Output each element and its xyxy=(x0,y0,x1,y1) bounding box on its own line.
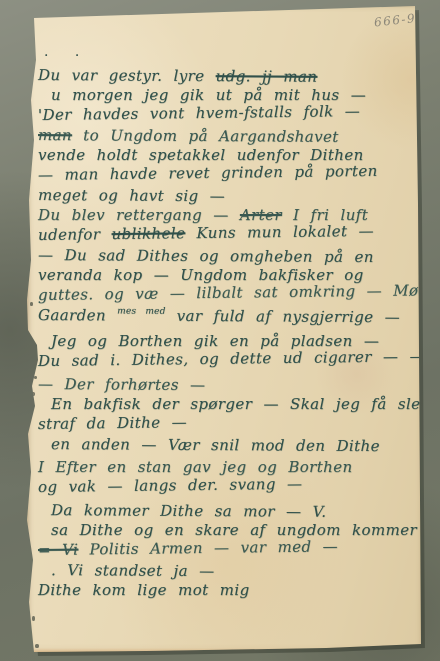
torn-edge-speck xyxy=(28,552,32,558)
handwriting-line: udenfor ublikhele Kuns mun lokalet — xyxy=(38,223,414,242)
torn-edge-speck xyxy=(35,644,39,648)
handwriting-line: man to Ungdom på Aargandshavet xyxy=(38,128,414,144)
handwriting-line: = Vi Politis Armen — var med — xyxy=(38,538,414,557)
handwriting-line: veranda kop — Ungdom bakfisker og xyxy=(38,268,414,282)
handwriting-line: og vak — langs der. svang — xyxy=(38,475,414,494)
handwriting-line: straf da Dithe — xyxy=(38,412,414,431)
struck-text: Arter xyxy=(240,206,282,224)
handwriting-block: · · Du var gestyr. lyre udg. jj manu mor… xyxy=(38,50,414,603)
handwriting-text: to Ungdom på Aargandshavet xyxy=(72,126,339,146)
handwriting-text: Politis Armen — var med — xyxy=(78,537,338,558)
handwriting-line: I Efter en stan gav jeg og Borthen xyxy=(38,460,414,474)
handwriting-line: Du sad i. Dithes, og dette ud cigarer — … xyxy=(38,349,414,368)
torn-edge-speck xyxy=(34,376,37,379)
struck-text: udg. jj man xyxy=(216,67,318,86)
handwriting-text: var fuld af nysgjerrige — xyxy=(165,307,400,326)
handwriting-line: meget og havt sig — xyxy=(38,188,414,204)
handwriting-line: en anden — Vær snil mod den Dithe xyxy=(38,437,414,453)
handwriting-text: En bakfisk der spørger — Skal jeg få sle… xyxy=(51,395,435,413)
handwriting-text: Du sad i. Dithes, og dette ud cigarer — … xyxy=(38,347,425,370)
handwriting-line: — Der forhørtes — xyxy=(38,377,414,393)
handwriting-line: vende holdt spetakkel udenfor Dithen xyxy=(38,148,414,162)
handwriting-line: — man havde revet grinden på porten xyxy=(38,163,414,182)
handwriting-text: straf da Dithe — xyxy=(38,413,187,433)
handwriting-line: guttes. og væ — lilbalt sat omkring — Mø… xyxy=(38,283,414,302)
handwriting-text: Du blev rettergang — xyxy=(38,206,240,224)
handwriting-line: 'Der havdes vont hvem-fstalls folk — xyxy=(38,103,414,122)
handwriting-text: og vak — langs der. svang — xyxy=(38,475,303,496)
handwriting-line: Du var gestyr. lyre udg. jj man xyxy=(38,68,414,84)
handwriting-text: Dithe kom lige mot mig xyxy=(38,581,250,599)
opening-dots: · · xyxy=(38,50,414,62)
handwriting-text: Gaarden xyxy=(38,306,117,324)
handwriting-text: sa Dithe og en skare af ungdom kommer xyxy=(51,521,417,539)
handwriting-text: vende holdt spetakkel udenfor Dithen xyxy=(38,146,364,164)
handwriting-line: — Du sad Dithes og omgheben på en xyxy=(38,248,414,264)
handwriting-line: u morgen jeg gik ut på mit hus — xyxy=(38,88,414,102)
struck-text: man xyxy=(38,126,72,144)
handwriting-line: Da kommer Dithe sa mor — V. xyxy=(38,503,414,519)
manuscript-page: 666-9. · · Du var gestyr. lyre udg. jj m… xyxy=(26,4,424,656)
handwriting-text: Du var gestyr. lyre xyxy=(38,66,216,85)
handwriting-text: en anden — Vær snil mod den Dithe xyxy=(51,435,380,455)
torn-edge-speck xyxy=(31,392,35,396)
handwriting-text: — Der forhørtes — xyxy=(38,375,206,394)
inserted-text: mes med xyxy=(117,304,165,318)
handwriting-line: Jeg og Borthen gik en på pladsen — xyxy=(38,334,414,348)
handwriting-text: 'Der havdes vont hvem-fstalls folk — xyxy=(38,102,360,124)
struck-text: ublikhele xyxy=(111,224,185,243)
torn-edge-speck xyxy=(32,616,35,621)
handwriting-text: meget og havt sig — xyxy=(38,186,225,205)
handwriting-text: . Vi standset ja — xyxy=(51,561,215,580)
handwriting-text: Kuns mun lokalet — xyxy=(185,222,374,242)
handwriting-lines: Du var gestyr. lyre udg. jj manu morgen … xyxy=(38,68,414,597)
handwriting-line: . Vi standset ja — xyxy=(38,563,414,579)
handwriting-text: I Efter en stan gav jeg og Borthen xyxy=(38,458,353,476)
handwriting-line: Dithe kom lige mot mig xyxy=(38,583,414,597)
handwriting-line: Gaarden mes med var fuld af nysgjerrige … xyxy=(38,308,414,327)
handwriting-text: guttes. og væ — lilbalt sat omkring — Mø… xyxy=(38,281,440,304)
handwriting-text: udenfor xyxy=(38,225,112,244)
struck-text: = Vi xyxy=(38,541,79,559)
handwriting-text: — Du sad Dithes og omgheben på en xyxy=(38,246,374,266)
desk-surface: 666-9. · · Du var gestyr. lyre udg. jj m… xyxy=(0,0,440,661)
handwriting-text: u morgen jeg gik ut på mit hus — xyxy=(51,86,366,104)
handwriting-line: En bakfisk der spørger — Skal jeg få sle… xyxy=(38,397,414,411)
torn-edge-speck xyxy=(28,344,32,349)
handwriting-text: Jeg og Borthen gik en på pladsen — xyxy=(51,332,379,350)
handwriting-text: — man havde revet grinden på porten xyxy=(38,162,378,184)
torn-edge-speck xyxy=(30,302,33,306)
handwriting-text: Da kommer Dithe sa mor — V. xyxy=(51,501,327,521)
handwriting-line: Du blev rettergang — Arter I fri luft xyxy=(38,208,414,222)
handwriting-line: sa Dithe og en skare af ungdom kommer xyxy=(38,523,414,537)
handwriting-text: veranda kop — Ungdom bakfisker og xyxy=(38,266,364,284)
catalog-number: 666-9. xyxy=(373,11,422,30)
